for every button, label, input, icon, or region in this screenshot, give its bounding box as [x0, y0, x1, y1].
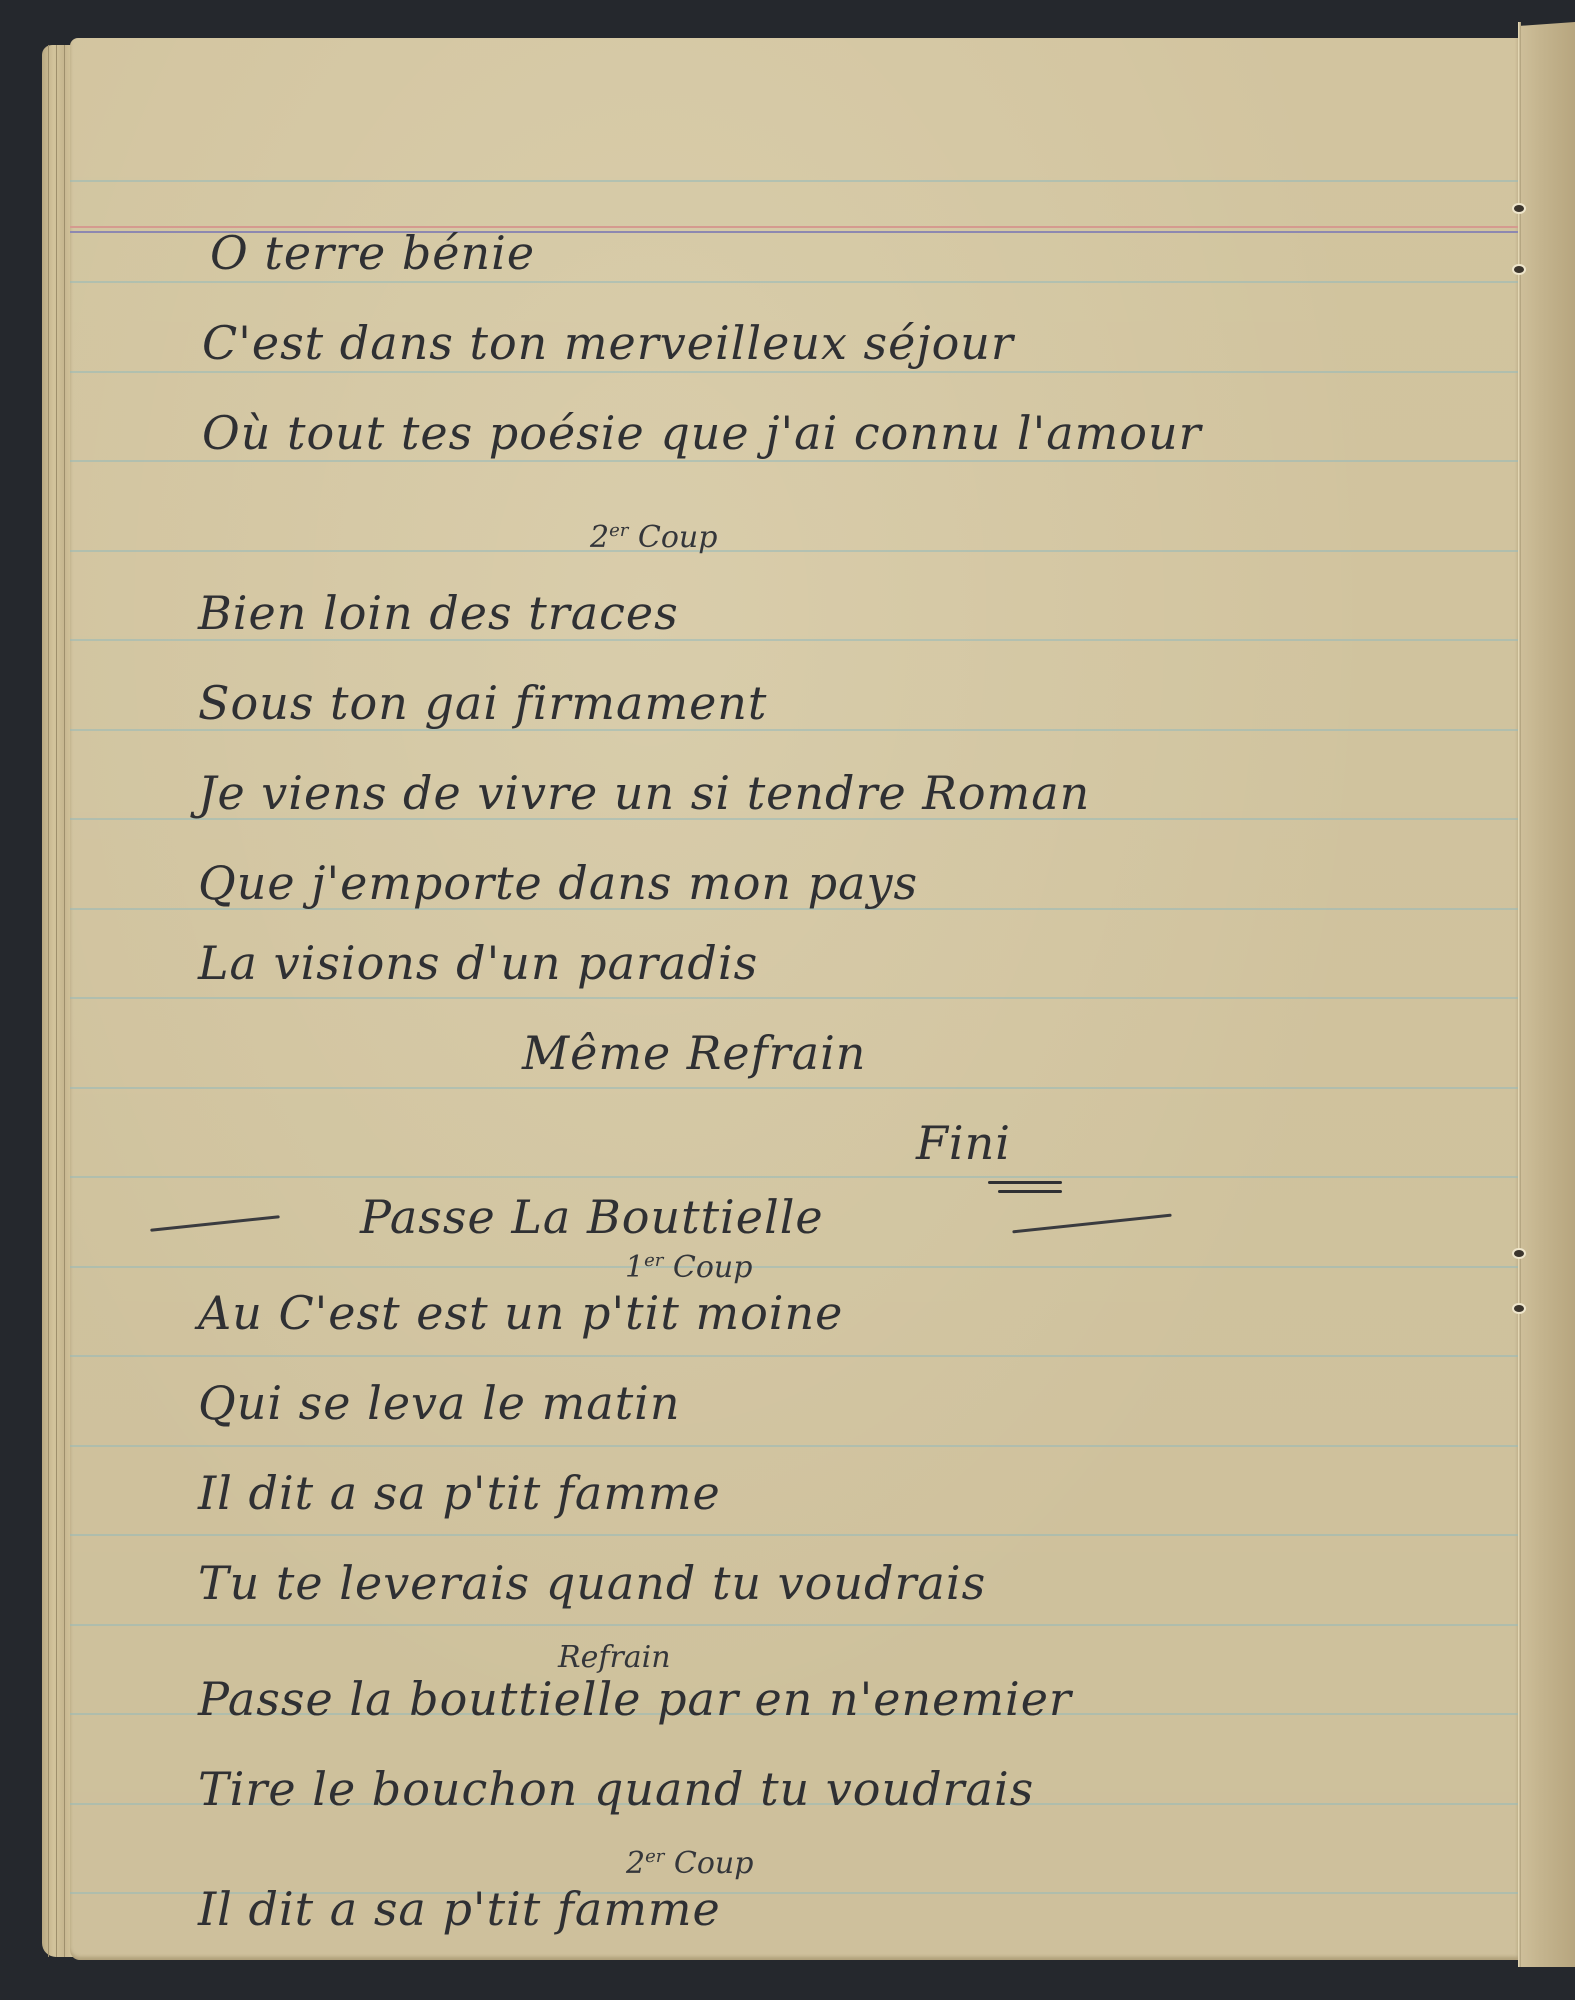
binding-fold	[1518, 22, 1521, 1967]
verse-label: 2er Coup	[590, 520, 717, 555]
binding-hole	[1514, 1305, 1524, 1312]
lyric-line: Tu te leverais quand tu voudrais	[198, 1556, 986, 1610]
ruled-line	[70, 997, 1518, 999]
lyric-line: Bien loin des traces	[198, 586, 679, 640]
ruled-line	[70, 1534, 1518, 1536]
ruled-line	[70, 371, 1518, 373]
lyric-line: Sous ton gai firmament	[198, 676, 767, 730]
lyric-line: Que j'emporte dans mon pays	[198, 856, 918, 910]
refrain-label: Refrain	[558, 1640, 671, 1675]
lyric-line: La visions d'un paradis	[198, 936, 758, 990]
refrain-line: Passe la bouttielle par en n'enemier	[198, 1672, 1072, 1726]
ruled-line	[70, 281, 1518, 283]
lyric-line: Je viens de vivre un si tendre Roman	[198, 766, 1090, 820]
end-underline	[998, 1190, 1062, 1193]
ruled-line	[70, 180, 1518, 182]
title-swash-right	[1012, 1214, 1171, 1234]
binding-hole	[1514, 266, 1524, 273]
lyric-line: Il dit a sa p'tit famme	[198, 1882, 721, 1936]
notebook-page: O terre bénie C'est dans ton merveilleux…	[70, 38, 1518, 1960]
refrain-line: Tire le bouchon quand tu voudrais	[198, 1762, 1034, 1816]
ruled-line	[70, 1445, 1518, 1447]
song-title: Passe La Bouttielle	[360, 1190, 824, 1244]
verse-label: 2er Coup	[626, 1846, 753, 1881]
same-refrain-note: Même Refrain	[522, 1026, 866, 1080]
binding-hole	[1514, 205, 1524, 212]
ruled-line	[70, 1087, 1518, 1089]
lyric-line: Qui se leva le matin	[198, 1376, 681, 1430]
ruled-line	[70, 1355, 1518, 1357]
title-swash-left	[150, 1215, 280, 1232]
lyric-line: Où tout tes poésie que j'ai connu l'amou…	[202, 406, 1202, 460]
ruled-line	[70, 1176, 1518, 1178]
ruled-line	[70, 460, 1518, 462]
lyric-line: Il dit a sa p'tit famme	[198, 1466, 721, 1520]
next-page-edge	[1518, 22, 1575, 1967]
lyric-line: C'est dans ton merveilleux séjour	[202, 316, 1014, 370]
ruled-line	[70, 1624, 1518, 1626]
lyric-line: Au C'est est un p'tit moine	[198, 1286, 843, 1340]
verse-label: 1er Coup	[625, 1250, 752, 1285]
ruled-line	[70, 550, 1518, 552]
binding-hole	[1514, 1250, 1524, 1257]
end-underline	[988, 1181, 1062, 1184]
lyric-line: O terre bénie	[210, 226, 535, 280]
ruled-line	[70, 1266, 1518, 1268]
end-mark: Fini	[916, 1116, 1011, 1170]
